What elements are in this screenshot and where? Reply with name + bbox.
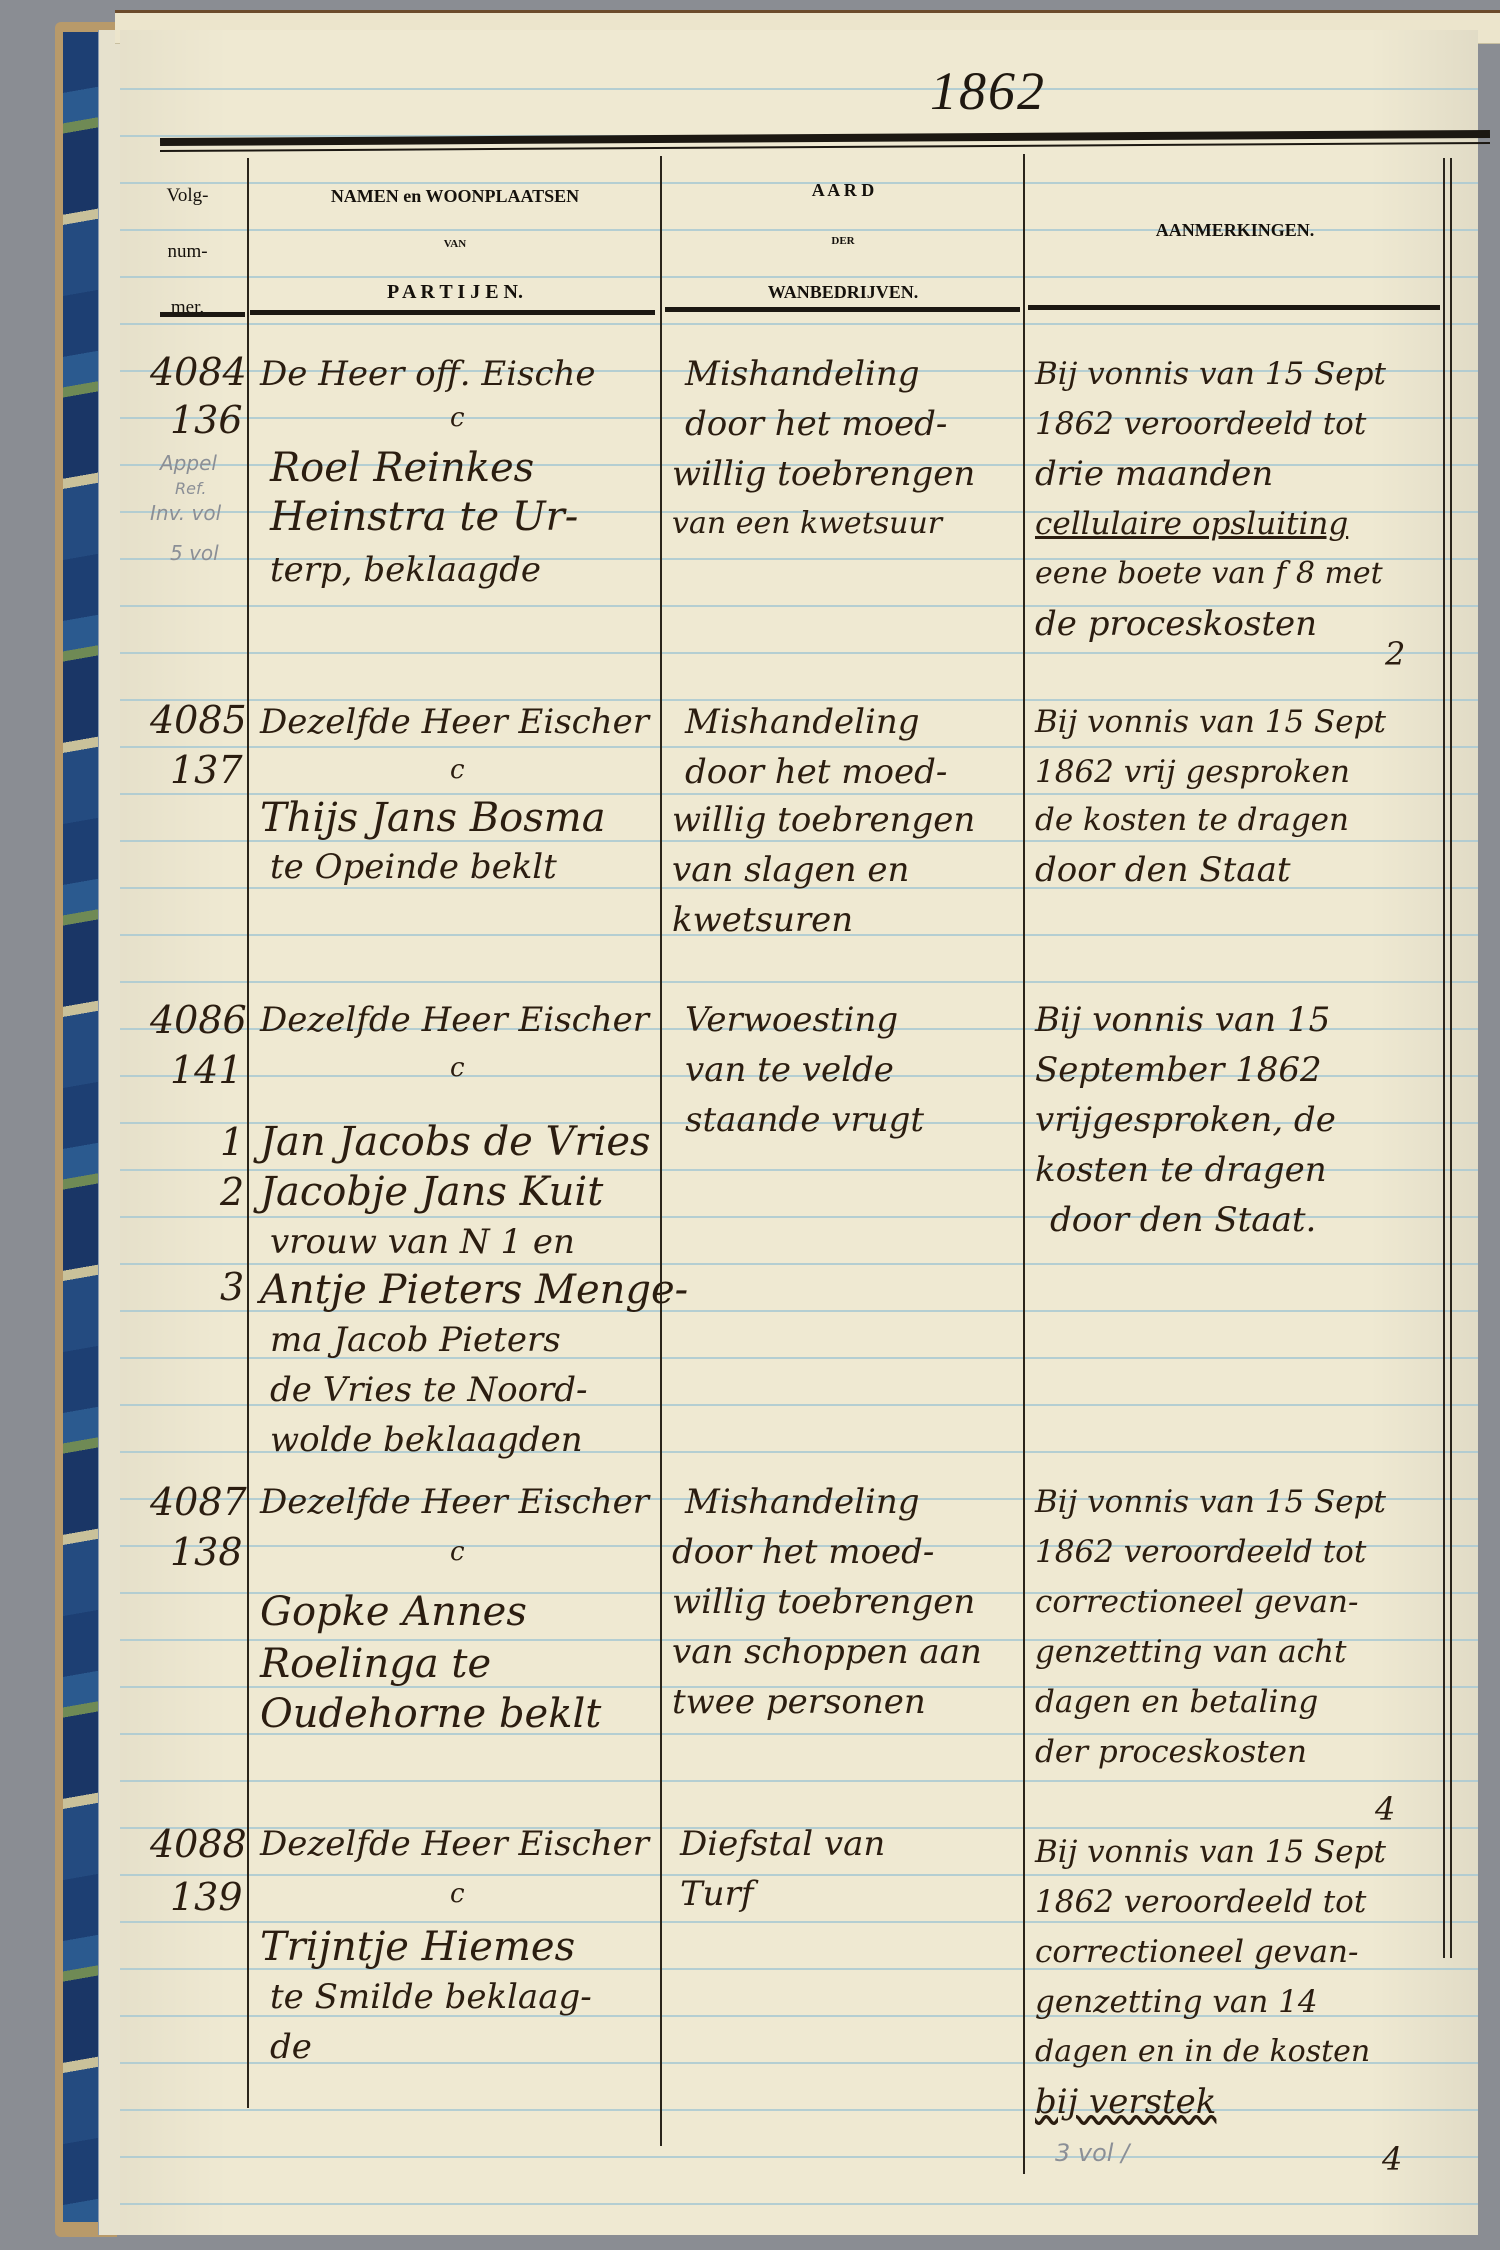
margin-note-line: Inv. vol (150, 500, 221, 526)
offence-line: Mishandeling (685, 352, 920, 396)
ruled-line (120, 323, 1478, 325)
parties-line: Heinstra te Ur- (270, 495, 578, 539)
header-volgnummer-line1: Volg- (130, 168, 245, 224)
remarks-line: vrijgesproken, de (1035, 1098, 1336, 1142)
offence-line: Mishandeling (685, 1480, 920, 1524)
remarks-line: der proceskosten (1035, 1730, 1307, 1774)
parties-line: c (450, 1530, 465, 1574)
remarks-line: door den Staat. (1050, 1198, 1316, 1242)
remarks-line-wavy-underlined: bij verstek (1035, 2080, 1216, 2124)
header-bottom-rule-2 (250, 310, 655, 315)
remarks-line-underlined: cellulaire opsluiting (1035, 502, 1348, 546)
remarks-line: Bij vonnis van 15 Sept (1035, 1830, 1386, 1874)
ruled-line (120, 652, 1478, 654)
offence-line: Verwoesting (685, 998, 898, 1042)
parties-line: Thijs Jans Bosma (260, 796, 606, 840)
parties-line: Oudehorne beklt (260, 1692, 601, 1736)
column-divider-4b (1450, 158, 1452, 1958)
offence-line: Turf (680, 1872, 753, 1916)
parties-line: Dezelfde Heer Eischer (260, 1822, 649, 1866)
entry-number: 4085 (150, 698, 247, 742)
parties-line: Dezelfde Heer Eischer (260, 1480, 649, 1524)
offence-line: willig toebrengen (672, 452, 975, 496)
parties-line: Roel Reinkes (270, 446, 534, 490)
parties-line: c (450, 396, 465, 440)
entry-sub-number: 137 (170, 748, 243, 792)
header-volgnummer-line3: mer. (130, 280, 245, 336)
header-aard-line2: DER (663, 218, 1023, 264)
parties-line: te Opeinde beklt (270, 845, 557, 889)
header-bottom-rule-3 (665, 307, 1020, 312)
ruled-line (120, 2203, 1478, 2205)
parties-line: c (450, 1872, 465, 1916)
remarks-line: Bij vonnis van 15 Sept (1035, 1480, 1386, 1524)
parties-line: c (450, 748, 465, 792)
parties-line: Antje Pieters Menge- (260, 1268, 688, 1312)
remarks-line: September 1862 (1035, 1048, 1322, 1092)
header-volgnummer: Volg- num- mer. (130, 168, 245, 336)
entry-number: 4088 (150, 1822, 247, 1866)
header-bottom-rule-1 (160, 312, 245, 317)
remarks-line: drie maanden (1035, 452, 1273, 496)
remarks-line: 1862 veroordeeld tot (1035, 1880, 1366, 1924)
header-namen-line2: VAN (250, 224, 660, 264)
ruled-line (120, 1780, 1478, 1782)
offence-line: van schoppen aan (672, 1630, 982, 1674)
offence-line: Diefstal van (680, 1822, 885, 1866)
entry-sub-number: 136 (170, 398, 243, 442)
remarks-line: Bij vonnis van 15 Sept (1035, 700, 1386, 744)
bottom-mark: 4 (1382, 2140, 1402, 2178)
parties-line: Dezelfde Heer Eischer (260, 700, 649, 744)
header-namen: NAMEN en WOONPLAATSEN VAN P A R T I J E … (250, 168, 660, 320)
parties-line: Dezelfde Heer Eischer (260, 998, 649, 1042)
ruled-line (120, 88, 1478, 90)
header-aanmerkingen: AANMERKINGEN. (1026, 220, 1444, 241)
parties-line: de Vries te Noord- (270, 1368, 588, 1412)
parties-line: Gopke Annes (260, 1590, 527, 1634)
offence-line: van te velde (685, 1048, 894, 1092)
pencil-note: 3 vol / (1055, 2140, 1129, 2166)
party-number: 2 (220, 1170, 244, 1214)
party-number: 3 (220, 1265, 244, 1309)
ruled-line (120, 1874, 1478, 1876)
parties-line: wolde beklaagden (270, 1418, 583, 1462)
page-year: 1862 (930, 60, 1046, 122)
offence-line: Mishandeling (685, 700, 920, 744)
parties-line: te Smilde beklaag- (270, 1975, 592, 2019)
parties-line: de (270, 2025, 312, 2069)
column-divider-3 (1023, 154, 1025, 2174)
entry-sub-number: 139 (170, 1875, 243, 1919)
offence-line: door het moed- (685, 402, 947, 446)
offence-line: twee personen (672, 1680, 926, 1724)
parties-line: Jan Jacobs de Vries (260, 1120, 651, 1164)
header-namen-line1: NAMEN en WOONPLAATSEN (250, 168, 660, 224)
parties-line: vrouw van N 1 en (270, 1220, 575, 1264)
entry-number: 4086 (150, 998, 247, 1042)
remarks-line: de proceskosten (1035, 602, 1317, 646)
parties-line: Roelinga te (260, 1642, 491, 1686)
remarks-line: kosten te dragen (1035, 1148, 1327, 1192)
ruled-line (120, 2156, 1478, 2158)
remarks-line: 1862 veroordeeld tot (1035, 1530, 1366, 1574)
column-divider-2 (660, 156, 662, 2146)
parties-line: ma Jacob Pieters (270, 1318, 561, 1362)
offence-line: willig toebrengen (672, 1580, 975, 1624)
offence-line: door het moed- (685, 750, 947, 794)
remarks-line: eene boete van f 8 met (1035, 552, 1383, 596)
parties-line: terp, beklaagde (270, 548, 541, 592)
header-aard: A A R D DER WANBEDRIJVEN. (663, 162, 1023, 320)
margin-note-line: Appel (160, 450, 217, 476)
ruled-line (120, 2109, 1478, 2111)
ruled-line (120, 981, 1478, 983)
header-aanmerkingen-label: AANMERKINGEN. (1156, 220, 1315, 240)
margin-note-line: Ref. (175, 476, 206, 502)
ruled-line (120, 746, 1478, 748)
remarks-line: genzetting van 14 (1035, 1980, 1318, 2024)
top-mark: 4 (1375, 1790, 1395, 1828)
header-bottom-rule-4 (1028, 305, 1440, 310)
ledger-page: 1862 Volg- num- mer. NAMEN en WOONPLAATS… (120, 30, 1478, 2235)
offence-line: willig toebrengen (672, 798, 975, 842)
remarks-line: Bij vonnis van 15 Sept (1035, 352, 1386, 396)
offence-line: staande vrugt (685, 1098, 924, 1142)
entry-sub-number: 138 (170, 1530, 243, 1574)
remarks-line: dagen en in de kosten (1035, 2030, 1370, 2074)
remarks-line: door den Staat (1035, 848, 1291, 892)
column-divider-1 (247, 158, 249, 2108)
offence-line: van een kwetsuur (672, 502, 942, 546)
remarks-line: 1862 vrij gesproken (1035, 750, 1350, 794)
remarks-line: Bij vonnis van 15 (1035, 998, 1330, 1042)
party-number: 1 (220, 1120, 244, 1164)
corner-mark: 2 (1385, 635, 1405, 673)
entry-number: 4084 (150, 350, 247, 394)
parties-line: De Heer off. Eische (260, 352, 596, 396)
offence-line: kwetsuren (672, 898, 853, 942)
parties-line: Jacobje Jans Kuit (260, 1170, 603, 1214)
header-volgnummer-line2: num- (130, 224, 245, 280)
remarks-line: correctioneel gevan- (1035, 1580, 1358, 1624)
entry-number: 4087 (150, 1480, 247, 1524)
parties-line: Trijntje Hiemes (260, 1925, 575, 1969)
remarks-line: correctioneel gevan- (1035, 1930, 1358, 1974)
header-aard-line1: A A R D (663, 162, 1023, 218)
margin-note-line: 5 vol (170, 540, 219, 566)
remarks-line: dagen en betaling (1035, 1680, 1318, 1724)
remarks-line: de kosten te dragen (1035, 798, 1349, 842)
remarks-line: 1862 veroordeeld tot (1035, 402, 1366, 446)
column-divider-4a (1443, 158, 1445, 1958)
parties-line: c (450, 1046, 465, 1090)
entry-sub-number: 141 (170, 1048, 243, 1092)
remarks-line: genzetting van acht (1035, 1630, 1346, 1674)
offence-line: van slagen en (672, 848, 909, 892)
offence-line: door het moed- (672, 1530, 934, 1574)
